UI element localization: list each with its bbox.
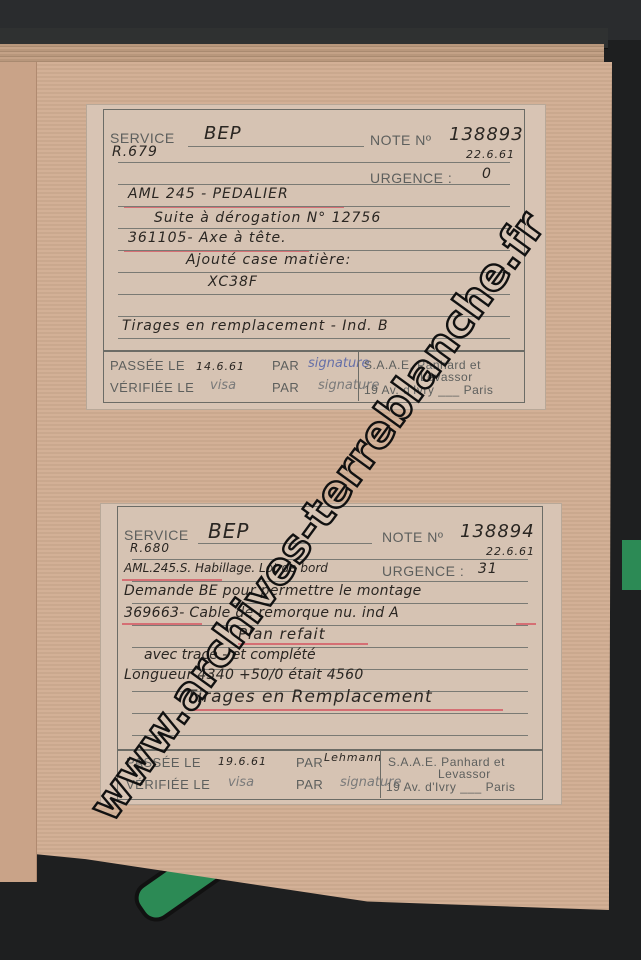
passee-date: 14.6.61: [196, 360, 245, 373]
ruled-line: [118, 184, 510, 185]
note-line-5: Longueur 4340 +50/0 était 4560: [124, 667, 364, 683]
red-underline: [188, 709, 503, 711]
note-line-1: AML 245 - PEDALIER: [128, 186, 289, 202]
note-line-4: Ajouté case matière:: [186, 252, 351, 268]
verifiee-par-label: PAR: [272, 380, 299, 395]
reference-value: R.679: [112, 144, 158, 160]
note-date: 22.6.61: [486, 545, 535, 558]
ruled-line: [118, 162, 510, 163]
ruled-line: [118, 206, 510, 207]
urgence-label: URGENCE :: [382, 563, 464, 579]
note-number-value: 138894: [460, 521, 535, 542]
note-line-3: 361105- Axe à tête.: [128, 230, 287, 246]
page-left-flap: [0, 62, 37, 882]
service-value: BEP: [208, 519, 249, 543]
company-divider: [380, 750, 381, 798]
note-line-6: Tirages en Remplacement: [186, 687, 433, 707]
company-line-2: Levassor: [438, 767, 491, 781]
urgence-value: 31: [478, 561, 498, 577]
passee-signature: Lehmann: [324, 751, 382, 764]
ruled-line: [118, 228, 510, 229]
green-tab-right: [622, 540, 641, 590]
passee-par-label: PAR: [296, 755, 323, 770]
note-number-label: NOTE Nº: [370, 132, 432, 148]
company-line-3: 19 Av. d'Ivry ___ Paris: [386, 780, 515, 794]
red-underline: [238, 643, 368, 645]
ruled-line: [132, 603, 528, 604]
ruled-line: [118, 272, 510, 273]
note-line-5: XC38F: [208, 274, 258, 290]
ruled-line: [132, 581, 528, 582]
ruled-line: [118, 250, 510, 251]
passee-signature: signature: [308, 356, 370, 371]
ruled-line: [132, 559, 528, 560]
service-value: BEP: [204, 123, 242, 144]
note-form-2: SERVICE BEP R.680 NOTE Nº 138894 22.6.61…: [117, 506, 543, 800]
note-line-7: Tirages en remplacement - Ind. B: [122, 318, 389, 334]
verifiee-date: visa: [210, 378, 236, 393]
verifiee-label: VÉRIFIÉE LE: [110, 380, 194, 395]
ruled-line: [132, 735, 528, 736]
passee-date: 19.6.61: [218, 755, 267, 768]
service-underline: [188, 146, 364, 147]
note-number-label: NOTE Nº: [382, 529, 444, 545]
verifiee-par-label: PAR: [296, 777, 323, 792]
reference-value: R.680: [130, 541, 170, 555]
passee-label: PASSÉE LE: [110, 358, 185, 373]
passee-par-label: PAR: [272, 358, 299, 373]
ruled-line: [132, 625, 528, 626]
note-line-2: Suite à dérogation N° 12756: [154, 210, 381, 226]
urgence-value: 0: [482, 166, 492, 182]
company-divider: [358, 351, 359, 401]
note-date: 22.6.61: [466, 148, 515, 161]
note-number-value: 138893: [449, 124, 524, 145]
verifiee-date: visa: [228, 775, 254, 790]
